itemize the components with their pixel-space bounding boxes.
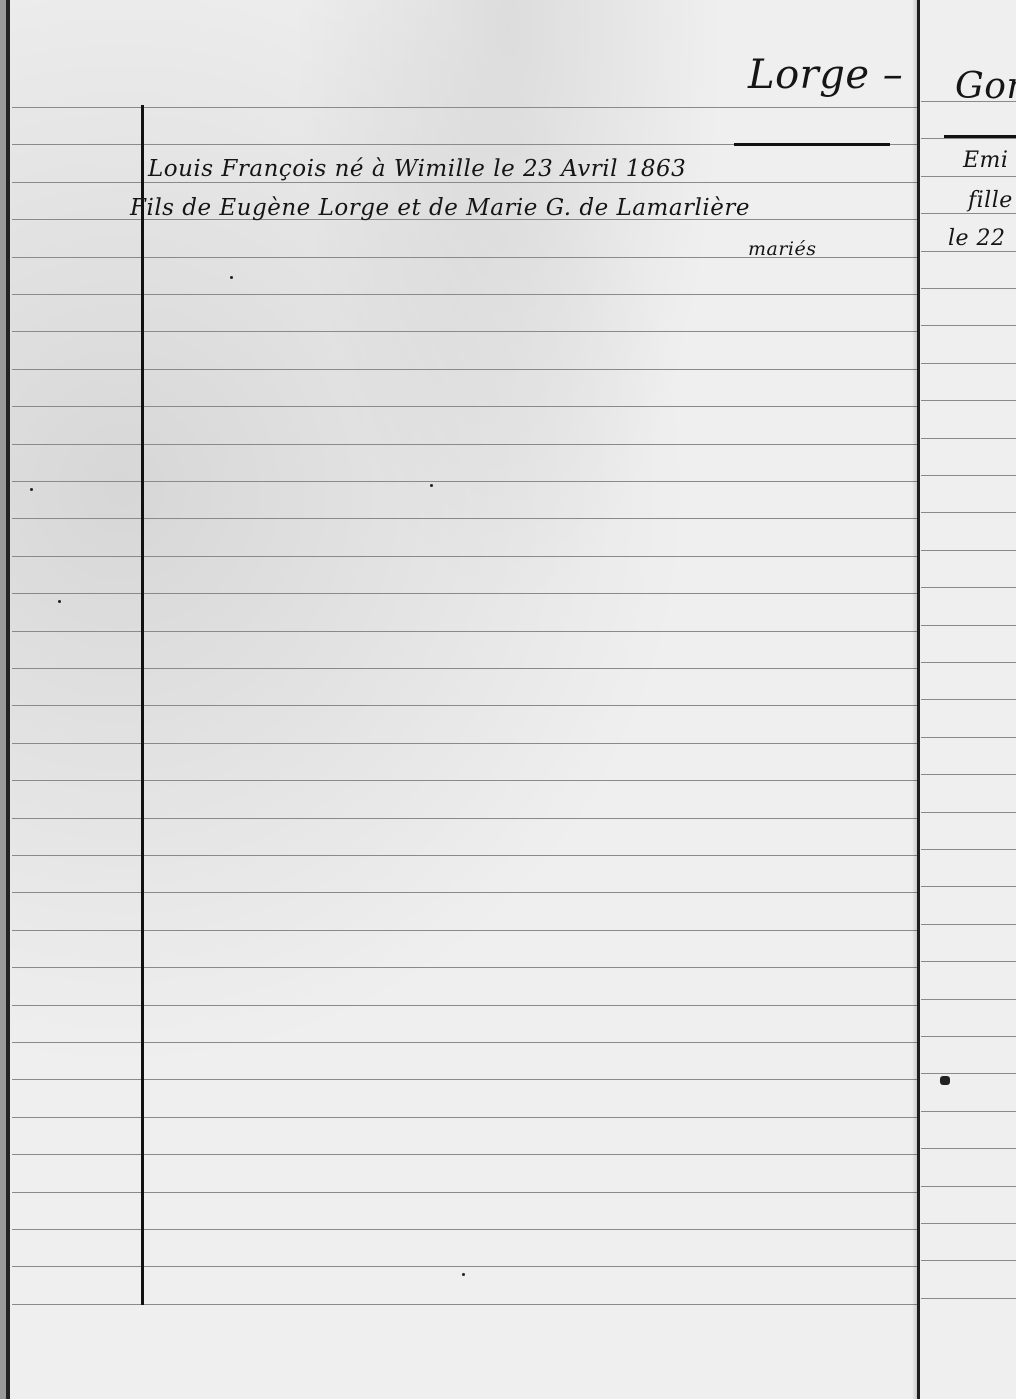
entry-line-married: mariés (748, 238, 817, 260)
ruled-line (12, 930, 917, 931)
adjacent-ruled-line (921, 363, 1016, 364)
ruled-line (12, 818, 917, 819)
adjacent-ruled-line (921, 176, 1016, 177)
adjacent-ruled-line (921, 812, 1016, 813)
ink-speck (58, 600, 61, 603)
surname-header: Lorge – (748, 52, 903, 98)
entry-line-parents: Fils de Eugène Lorge et de Marie G. de L… (130, 195, 750, 221)
entry-line-birth: Louis François né à Wimille le 23 Avril … (148, 156, 686, 182)
adjacent-ruled-line (921, 213, 1016, 214)
ruled-line (12, 107, 917, 108)
adjacent-ruled-line (921, 1298, 1016, 1299)
adjacent-ruled-line (921, 400, 1016, 401)
ruled-line (12, 518, 917, 519)
adjacent-ruled-line (921, 550, 1016, 551)
ink-blot (940, 1076, 950, 1085)
adjacent-ruled-line (921, 924, 1016, 925)
adjacent-ruled-line (921, 1223, 1016, 1224)
ink-speck (30, 488, 33, 491)
adjacent-ruled-line (921, 1036, 1016, 1037)
adjacent-surname-header: Gor (955, 66, 1016, 107)
ruled-line (12, 631, 917, 632)
adjacent-ruled-line (921, 138, 1016, 139)
ruled-line (12, 1005, 917, 1006)
adjacent-ruled-line (921, 438, 1016, 439)
register-page: Lorge – Louis François né à Wimille le 2… (0, 0, 1016, 1399)
ruled-line (12, 593, 917, 594)
adjacent-ruled-line (921, 1111, 1016, 1112)
adjacent-ruled-line (921, 475, 1016, 476)
adjacent-ruled-line (921, 325, 1016, 326)
ruled-line (12, 743, 917, 744)
adjacent-ruled-line (921, 1260, 1016, 1261)
ruled-line (12, 481, 917, 482)
ruled-line (12, 331, 917, 332)
ruled-line (12, 1079, 917, 1080)
ruled-line (12, 1192, 917, 1193)
adjacent-ruled-line (921, 961, 1016, 962)
ruled-line (12, 1229, 917, 1230)
adjacent-surname-underline (944, 135, 1016, 138)
ruled-line (12, 1154, 917, 1155)
ruled-line (12, 1042, 917, 1043)
ruled-line (12, 1117, 917, 1118)
adjacent-ruled-line (921, 774, 1016, 775)
adjacent-ruled-line (921, 587, 1016, 588)
adjacent-ruled-line (921, 1186, 1016, 1187)
ruled-line (12, 967, 917, 968)
ruled-line (12, 1266, 917, 1267)
ruled-line (12, 705, 917, 706)
adjacent-ruled-line (921, 886, 1016, 887)
adjacent-ruled-line (921, 1073, 1016, 1074)
ruled-line (12, 444, 917, 445)
page-left-edge (6, 0, 10, 1399)
ink-speck (230, 276, 233, 279)
page-fold-line (917, 0, 920, 1399)
adjacent-entry-line2: fille (968, 188, 1013, 213)
adjacent-ruled-line (921, 737, 1016, 738)
adjacent-ruled-line (921, 699, 1016, 700)
ruled-line (12, 1304, 917, 1305)
adjacent-ruled-line (921, 288, 1016, 289)
ink-speck (430, 484, 433, 487)
ruled-line (12, 892, 917, 893)
ruled-line (12, 294, 917, 295)
ruled-line (12, 182, 917, 183)
adjacent-ruled-line (921, 512, 1016, 513)
ruled-line (12, 406, 917, 407)
adjacent-ruled-line (921, 662, 1016, 663)
adjacent-ruled-line (921, 625, 1016, 626)
ruled-line (12, 369, 917, 370)
adjacent-ruled-line (921, 251, 1016, 252)
adjacent-ruled-line (921, 849, 1016, 850)
adjacent-entry-line1: Emi (963, 148, 1008, 173)
ink-speck (462, 1273, 465, 1276)
adjacent-entry-line3: le 22 (948, 226, 1006, 251)
ruled-line (12, 556, 917, 557)
ruled-line (12, 855, 917, 856)
adjacent-ruled-line (921, 999, 1016, 1000)
surname-underline (734, 143, 890, 146)
margin-vertical-line (141, 105, 144, 1305)
adjacent-ruled-line (921, 1148, 1016, 1149)
ruled-line (12, 780, 917, 781)
ruled-line (12, 668, 917, 669)
